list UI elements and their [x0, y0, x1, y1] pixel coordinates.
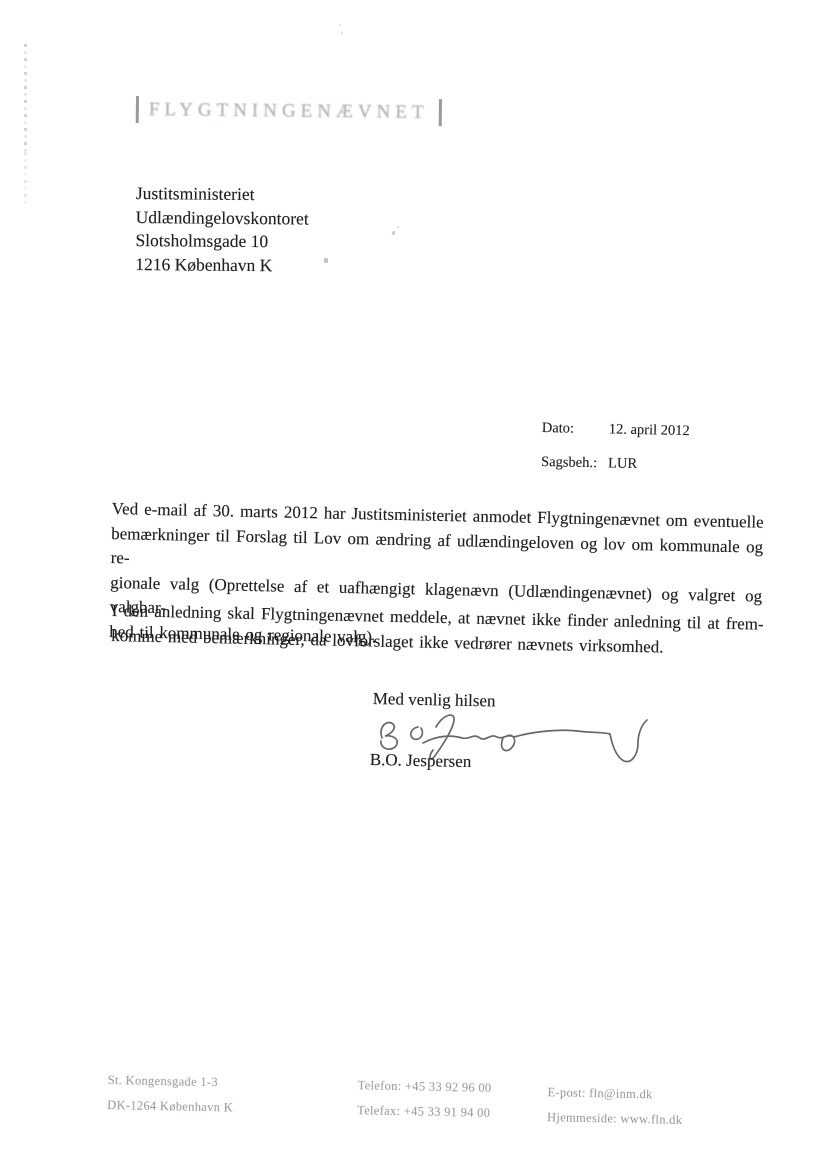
scan-speck [339, 24, 341, 26]
recipient-line: Justitsministeriet [136, 182, 309, 207]
logo-bracket-left [136, 96, 139, 123]
caseworker-label: Sagsbeh.: [541, 454, 608, 472]
caseworker-row: Sagsbeh.: LUR [541, 454, 689, 474]
signatory-name: B.O. Jespersen [370, 750, 472, 772]
logo-wordmark: FLYGTNINGENÆVNET [149, 99, 429, 124]
footer-address-line: DK-1264 København K [107, 1093, 233, 1121]
scan-artifact-left-dashes [24, 44, 27, 152]
scan-artifact-left-dashes-faint [24, 152, 27, 207]
caseworker-value: LUR [608, 455, 637, 473]
recipient-line: Slotsholmsgade 10 [135, 229, 308, 254]
recipient-line: Udlændingelovskontoret [136, 205, 309, 230]
scan-speck [341, 32, 343, 34]
meta-block: Dato: 12. april 2012 Sagsbeh.: LUR [541, 420, 690, 491]
handwritten-signature [360, 705, 660, 783]
footer-website-line: Hjemmeside: www.fln.dk [547, 1105, 683, 1133]
date-value: 12. april 2012 [609, 421, 690, 440]
scanned-letter-page: FLYGTNINGENÆVNET Justitsministeriet Udlæ… [0, 0, 832, 1174]
scan-speck [397, 226, 399, 228]
recipient-address-block: Justitsministeriet Udlændingelovskontore… [135, 182, 309, 278]
footer-address-line: St. Kongensgade 1-3 [107, 1068, 233, 1096]
date-label: Dato: [542, 420, 609, 438]
scan-speck [324, 258, 328, 263]
footer-online-column: E-post: fln@inm.dk Hjemmeside: www.fln.d… [547, 1080, 683, 1133]
date-row: Dato: 12. april 2012 [542, 420, 690, 440]
letterhead-logo: FLYGTNINGENÆVNET [136, 96, 442, 126]
recipient-line: 1216 København K [135, 252, 308, 277]
footer-address-column: St. Kongensgade 1-3 DK-1264 København K [107, 1068, 234, 1121]
footer-email-line: E-post: fln@inm.dk [547, 1080, 683, 1108]
scan-speck [391, 231, 395, 236]
logo-bracket-right [438, 99, 441, 126]
footer-phone-column: Telefon: +45 33 92 96 00 Telefax: +45 33… [357, 1073, 492, 1126]
footer: St. Kongensgade 1-3 DK-1264 København K … [107, 1068, 788, 1146]
footer-phone-line: Telefon: +45 33 92 96 00 [357, 1073, 491, 1101]
footer-fax-line: Telefax: +45 33 91 94 00 [357, 1098, 491, 1126]
